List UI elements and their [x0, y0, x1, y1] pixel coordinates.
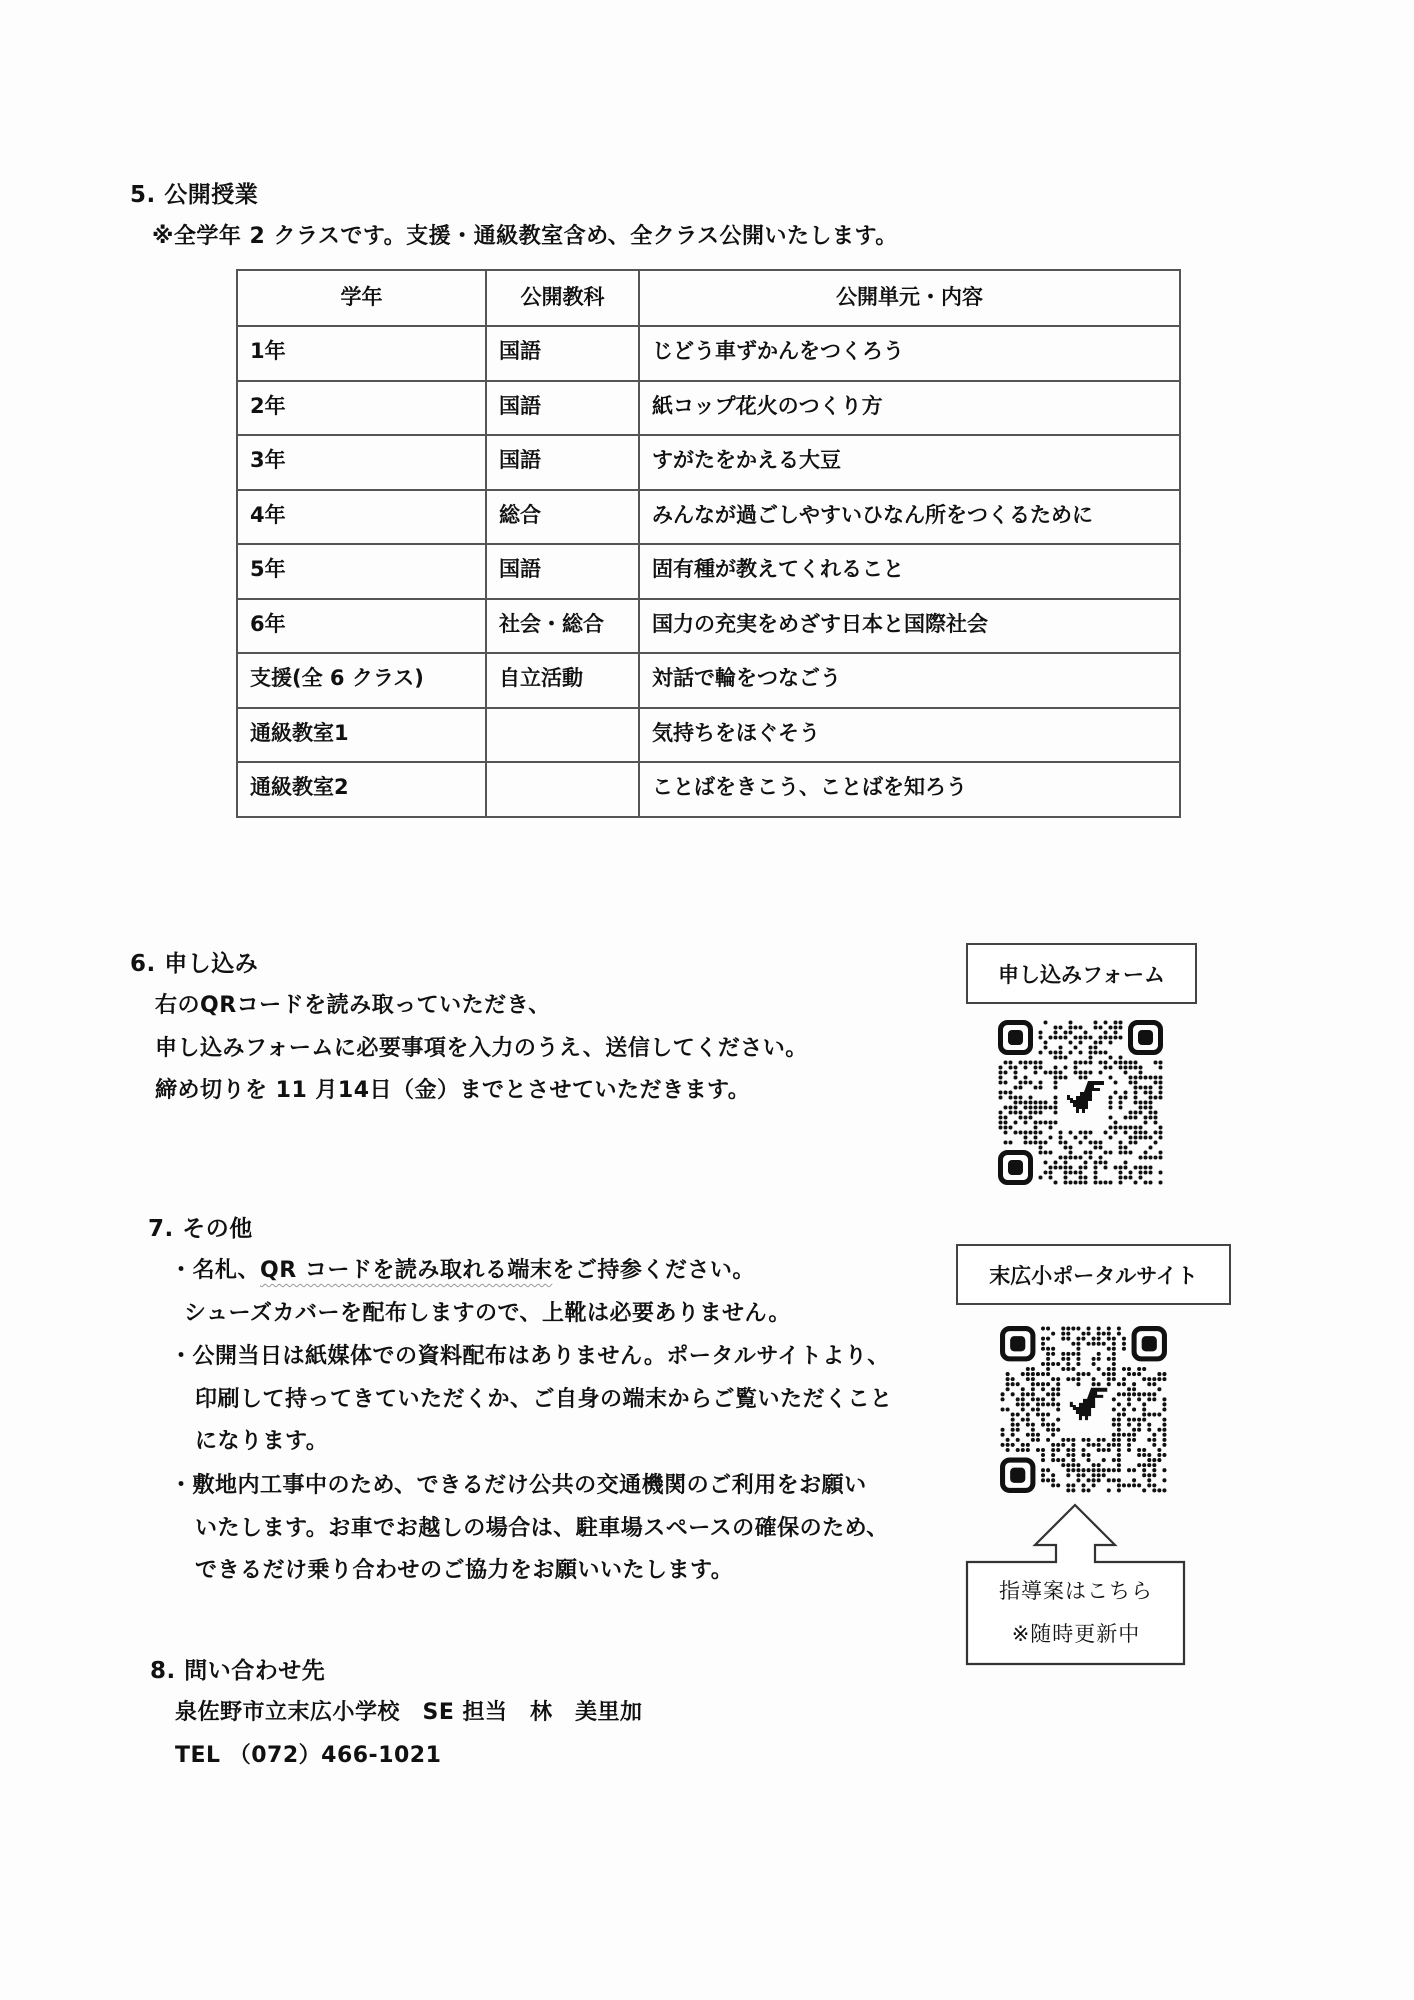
cell-grade: 2年	[237, 381, 486, 436]
cell-subject: 国語	[486, 381, 639, 436]
cell-content: 対話で輪をつなごう	[639, 653, 1180, 708]
table-header-row: 学年 公開教科 公開単元・内容	[237, 270, 1180, 326]
section5-heading: 5. 公開授業	[130, 176, 258, 209]
cell-grade: 3年	[237, 435, 486, 490]
cell-subject: 国語	[486, 544, 639, 599]
open-class-table: 学年 公開教科 公開単元・内容 1年 国語 じどう車ずかんをつくろう 2年 国語…	[236, 269, 1181, 818]
section7-bullet-3-line-2: いたします。お車でお越しの場合は、駐車場スペースの確保のため、	[195, 1511, 889, 1542]
section7-heading: 7. その他	[148, 1210, 253, 1243]
table-row: 通級教室2 ことばをきこう、ことばを知ろう	[237, 762, 1180, 817]
cell-grade: 6年	[237, 599, 486, 654]
table-row: 4年 総合 みんなが過ごしやすいひなん所をつくるために	[237, 490, 1180, 545]
cell-grade: 1年	[237, 326, 486, 381]
cell-content: すがたをかえる大豆	[639, 435, 1180, 490]
cell-content: 国力の充実をめざす日本と国際社会	[639, 599, 1180, 654]
tel-line: TEL （072）466-1021	[175, 1738, 441, 1769]
table-row: 1年 国語 じどう車ずかんをつくろう	[237, 326, 1180, 381]
table-row: 2年 国語 紙コップ花火のつくり方	[237, 381, 1180, 436]
cell-content: じどう車ずかんをつくろう	[639, 326, 1180, 381]
cell-grade: 通級教室2	[237, 762, 486, 817]
lesson-plan-callout: 指導案はこちら ※随時更新中	[966, 1570, 1186, 1656]
bullet1-suffix: をご持参ください。	[552, 1258, 755, 1283]
table-row: 3年 国語 すがたをかえる大豆	[237, 435, 1180, 490]
cell-content: 気持ちをほぐそう	[639, 708, 1180, 763]
callout-line-2: ※随時更新中	[966, 1613, 1186, 1656]
header-subject: 公開教科	[486, 270, 639, 326]
cell-subject: 国語	[486, 435, 639, 490]
cell-grade: 4年	[237, 490, 486, 545]
section6-line-2: 申し込みフォームに必要事項を入力のうえ、送信してください。	[155, 1031, 808, 1062]
section6-line-1: 右のQRコードを読み取っていただき、	[155, 988, 551, 1019]
cell-content: みんなが過ごしやすいひなん所をつくるために	[639, 490, 1180, 545]
section8-heading: 8. 問い合わせ先	[150, 1652, 325, 1685]
cell-content: ことばをきこう、ことばを知ろう	[639, 762, 1180, 817]
application-form-label-box: 申し込みフォーム	[966, 943, 1197, 1004]
section7-bullet-1: ・名札、QR コードを読み取れる端末をご持参ください。	[170, 1253, 755, 1284]
cell-subject: 自立活動	[486, 653, 639, 708]
portal-site-label: 末広小ポータルサイト	[989, 1260, 1198, 1290]
portal-site-label-box: 末広小ポータルサイト	[956, 1244, 1231, 1305]
section7-bullet-2-line-1: ・公開当日は紙媒体での資料配布はありません。ポータルサイトより、	[170, 1339, 890, 1370]
table-row: 5年 国語 固有種が教えてくれること	[237, 544, 1180, 599]
portal-site-qr-icon[interactable]	[998, 1324, 1170, 1496]
application-form-label: 申し込みフォーム	[998, 959, 1165, 989]
table-row: 通級教室1 気持ちをほぐそう	[237, 708, 1180, 763]
cell-content: 紙コップ花火のつくり方	[639, 381, 1180, 436]
cell-subject: 社会・総合	[486, 599, 639, 654]
bullet1-prefix: ・名札、	[170, 1258, 260, 1283]
section6-line-3: 締め切りを 11 月14日（金）までとさせていただきます。	[155, 1073, 750, 1104]
section7-bullet-1-line-2: シューズカバーを配布しますので、上靴は必要ありません。	[184, 1296, 791, 1327]
cell-content: 固有種が教えてくれること	[639, 544, 1180, 599]
section7-bullet-2-line-3: になります。	[195, 1424, 328, 1455]
cell-subject	[486, 708, 639, 763]
cell-subject: 総合	[486, 490, 639, 545]
bullet1-underlined: QR コードを読み取れる端末	[260, 1258, 552, 1283]
header-grade: 学年	[237, 270, 486, 326]
cell-grade: 5年	[237, 544, 486, 599]
cell-subject: 国語	[486, 326, 639, 381]
cell-subject	[486, 762, 639, 817]
header-content: 公開単元・内容	[639, 270, 1180, 326]
cell-grade: 支援(全 6 クラス)	[237, 653, 486, 708]
contact-line: 泉佐野市立末広小学校 SE 担当 林 美里加	[175, 1695, 643, 1726]
cell-grade: 通級教室1	[237, 708, 486, 763]
application-form-qr-icon[interactable]	[996, 1019, 1166, 1187]
section5-note: ※全学年 2 クラスです。支援・通級教室含め、全クラス公開いたします。	[152, 219, 898, 250]
section7-bullet-3-line-1: ・敷地内工事中のため、できるだけ公共の交通機関のご利用をお願い	[170, 1468, 867, 1499]
table-row: 6年 社会・総合 国力の充実をめざす日本と国際社会	[237, 599, 1180, 654]
section7-bullet-2-line-2: 印刷して持ってきていただくか、ご自身の端末からご覧いただくこと	[195, 1382, 893, 1413]
section6-heading: 6. 申し込み	[130, 945, 258, 978]
table-row: 支援(全 6 クラス) 自立活動 対話で輪をつなごう	[237, 653, 1180, 708]
callout-line-1: 指導案はこちら	[966, 1570, 1186, 1613]
section7-bullet-3-line-3: できるだけ乗り合わせのご協力をお願いいたします。	[195, 1553, 733, 1584]
